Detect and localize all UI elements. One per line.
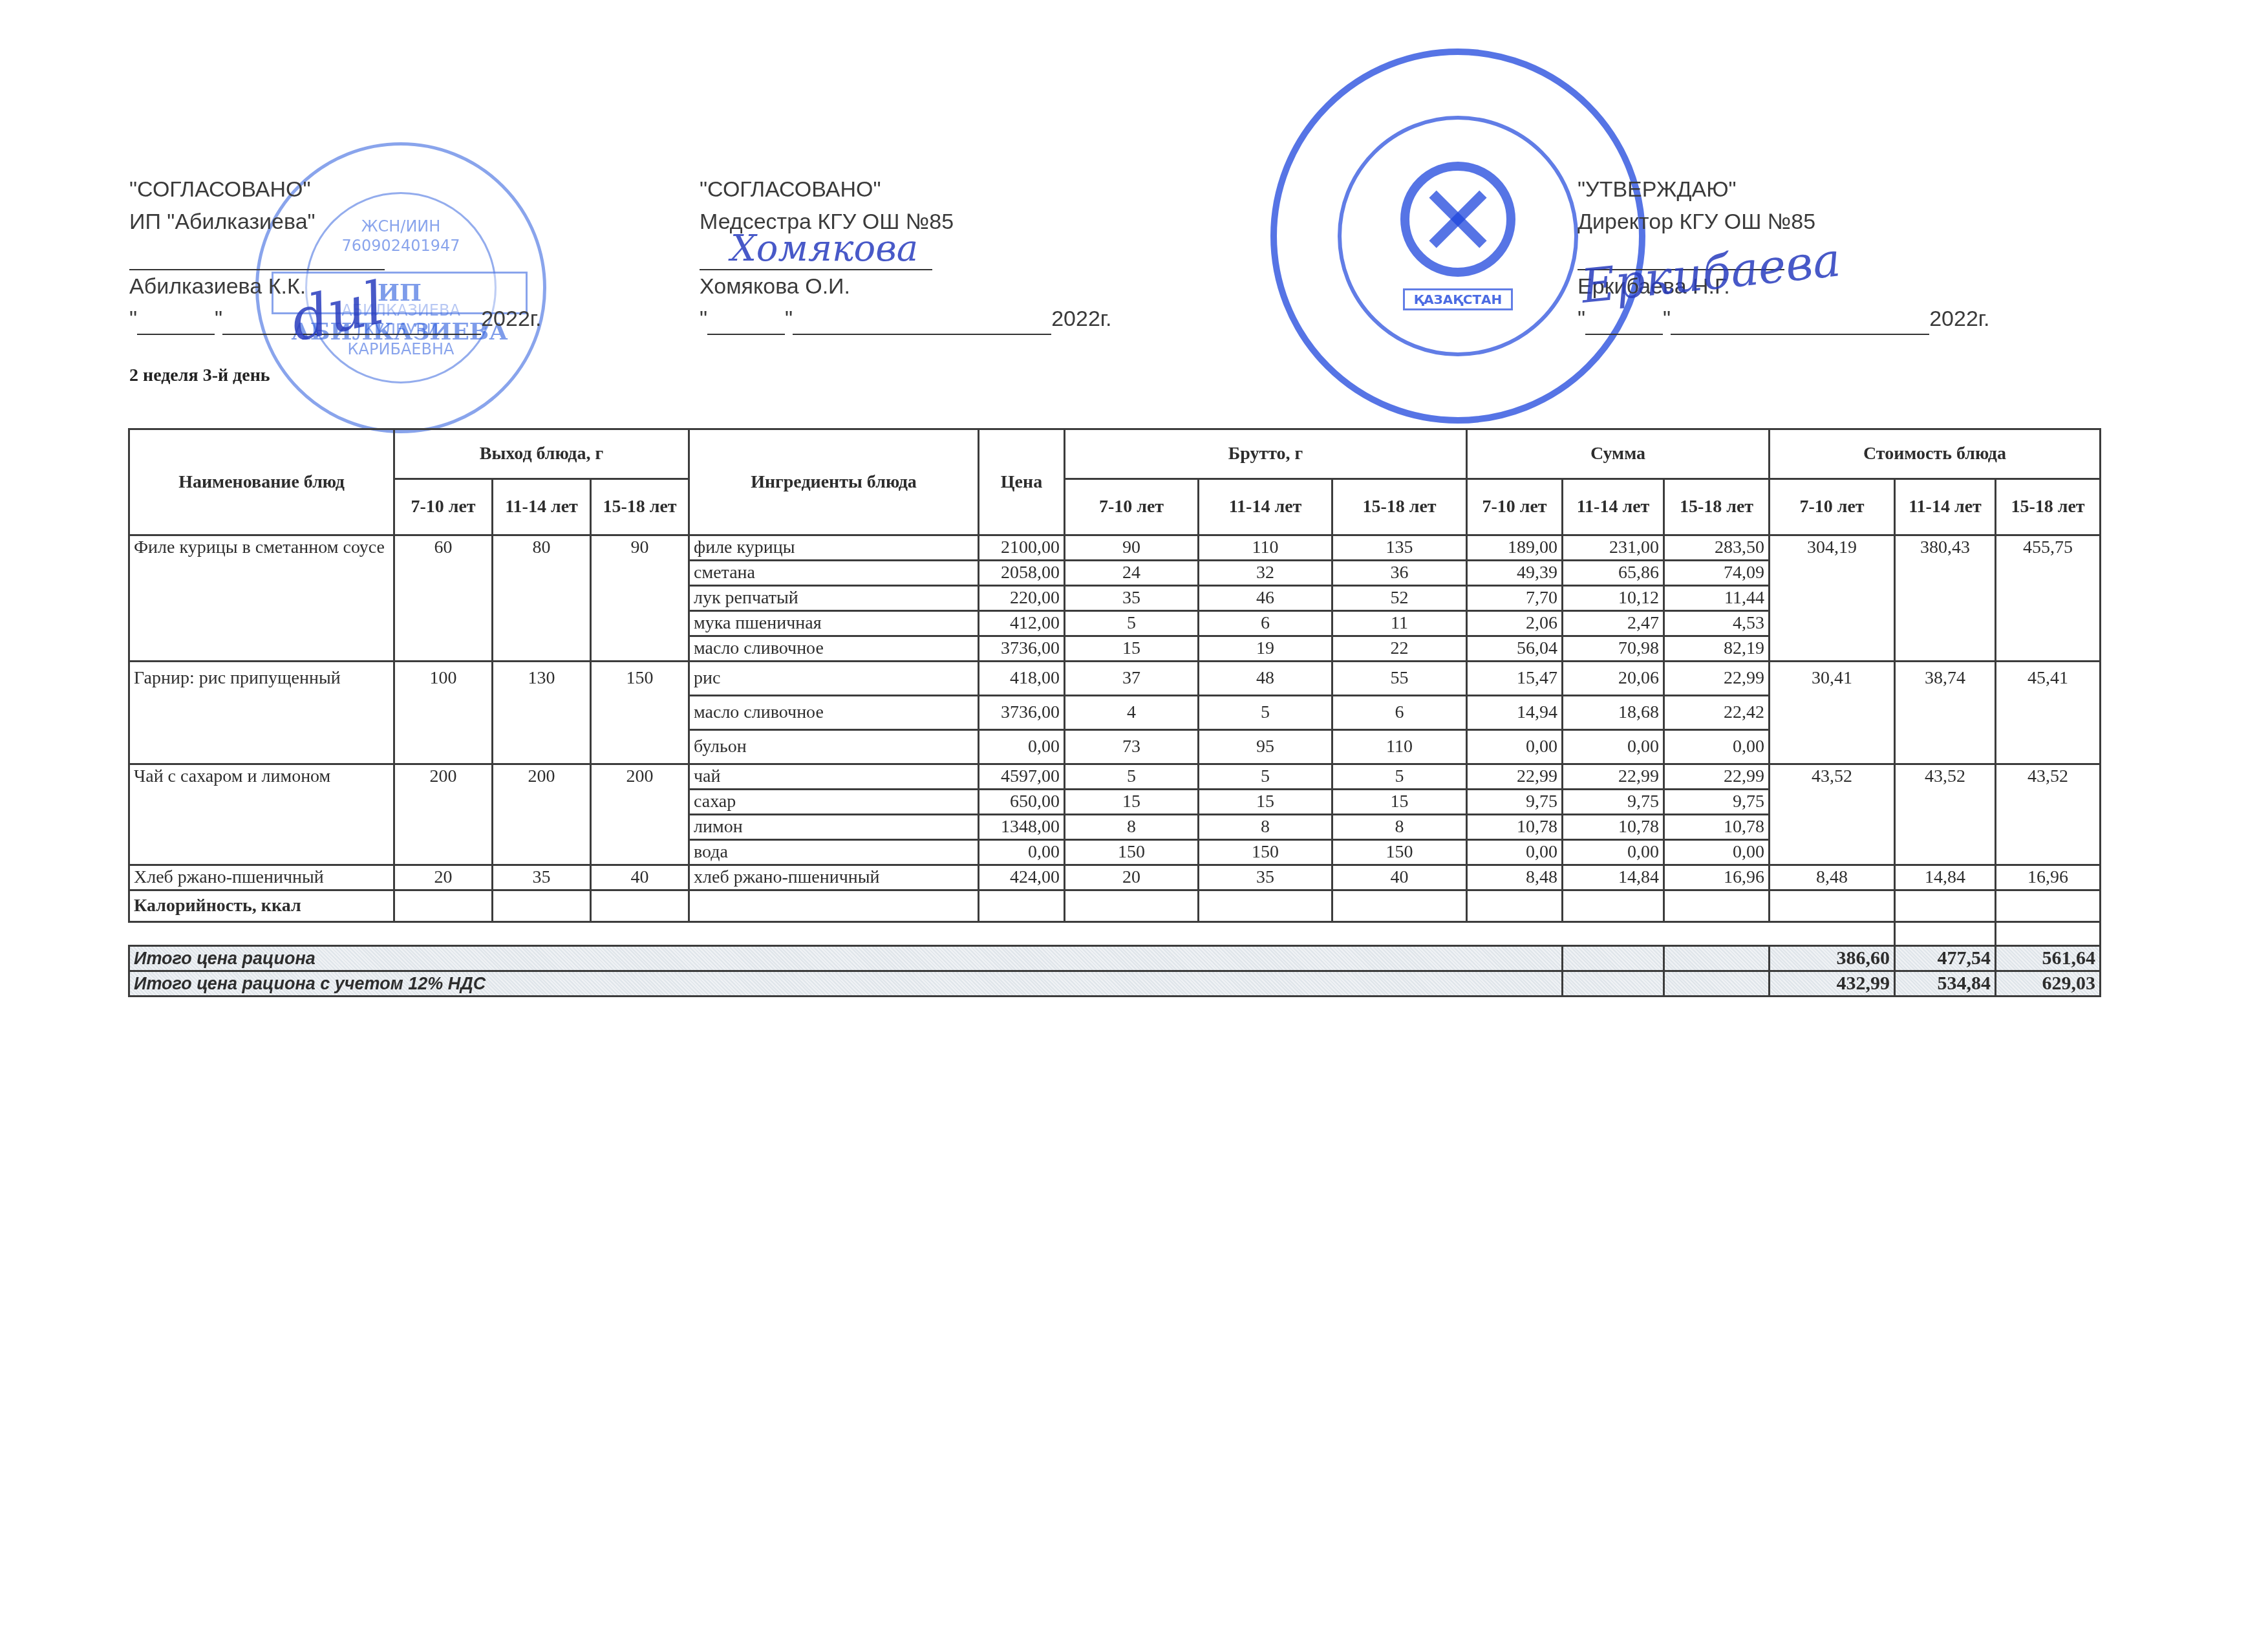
ingredient-name: филе курицы [689,535,979,561]
ingredient-name: масло сливочное [689,636,979,662]
ingredient-gross: 40 [1332,865,1467,890]
ingredient-sum: 22,99 [1467,764,1563,790]
spacer-row [129,922,2101,946]
ingredient-sum: 4,53 [1664,611,1770,636]
ingredient-gross: 15 [1065,636,1199,662]
total-empty [1563,971,1664,997]
ingredient-sum: 22,99 [1664,662,1770,696]
signature-nurse: Хомякова [731,228,918,270]
calories-cell [1065,890,1199,922]
ingredient-price: 220,00 [979,586,1065,611]
ingredient-gross: 4 [1065,696,1199,730]
ingredient-name: рис [689,662,979,696]
ingredient-gross: 5 [1065,764,1199,790]
ingredient-price: 0,00 [979,840,1065,865]
calories-cell [1770,890,1895,922]
total-row: Итого цена рациона386,60477,54561,64 [129,946,2101,971]
approval-date: ""2022г. [700,303,1112,335]
dish-name: Чай с сахаром и лимоном [129,764,394,865]
ingredient-sum: 22,99 [1664,764,1770,790]
ingredient-sum: 49,39 [1467,561,1563,586]
ingredient-sum: 18,68 [1563,696,1664,730]
school-seal-inner: ҚАЗАҚСТАН [1338,116,1578,356]
ingredient-sum: 231,00 [1563,535,1664,561]
ingredient-sum: 10,78 [1467,815,1563,840]
ingredient-name: сахар [689,790,979,815]
ingredient-sum: 65,86 [1563,561,1664,586]
ingredient-gross: 150 [1199,840,1332,865]
dish-cost: 14,84 [1895,865,1996,890]
header-sum-age-2: 15-18 лет [1664,479,1770,535]
ingredient-gross: 19 [1199,636,1332,662]
ingredient-gross: 8 [1065,815,1199,840]
header-cost-age-0: 7-10 лет [1770,479,1895,535]
approval-position: ИП "Абилказиева" [129,206,542,238]
total-label: Итого цена рациона [129,946,1563,971]
header-gross: Брутто, г [1065,429,1467,479]
ingredient-sum: 20,06 [1563,662,1664,696]
ingredient-price: 3736,00 [979,636,1065,662]
total-value: 561,64 [1996,946,2101,971]
total-value: 386,60 [1770,946,1895,971]
ingredient-price: 412,00 [979,611,1065,636]
dish-yield: 40 [591,865,689,890]
ingredient-gross: 150 [1065,840,1199,865]
ingredient-price: 4597,00 [979,764,1065,790]
ingredient-gross: 15 [1332,790,1467,815]
total-value: 477,54 [1895,946,1996,971]
dish-cost: 304,19 [1770,535,1895,662]
calories-row: Калорийность, ккал [129,890,2101,922]
ingredient-sum: 2,06 [1467,611,1563,636]
header-yield-age-1: 11-14 лет [493,479,591,535]
dish-cost: 16,96 [1996,865,2101,890]
calories-cell [979,890,1065,922]
ingredient-gross: 5 [1332,764,1467,790]
ingredient-price: 3736,00 [979,696,1065,730]
ingredient-gross: 95 [1199,730,1332,764]
total-label: Итого цена рациона с учетом 12% НДС [129,971,1563,997]
ingredient-sum: 0,00 [1467,840,1563,865]
total-empty [1664,946,1770,971]
table-row: Хлеб ржано-пшеничный203540хлеб ржано-пше… [129,865,2101,890]
ingredient-gross: 35 [1065,586,1199,611]
ingredient-sum: 0,00 [1467,730,1563,764]
dish-yield: 35 [493,865,591,890]
header-sum: Сумма [1467,429,1770,479]
dish-cost: 380,43 [1895,535,1996,662]
ingredient-gross: 32 [1199,561,1332,586]
ingredient-gross: 11 [1332,611,1467,636]
ingredient-gross: 15 [1199,790,1332,815]
ingredient-name: лук репчатый [689,586,979,611]
dish-yield: 80 [493,535,591,662]
header-yield-age-2: 15-18 лет [591,479,689,535]
calories-cell [1996,890,2101,922]
dish-name: Гарнир: рис припущенный [129,662,394,764]
ingredient-sum: 10,78 [1563,815,1664,840]
ingredient-gross: 36 [1332,561,1467,586]
table-row: Чай с сахаром и лимоном200200200чай4597,… [129,764,2101,790]
ingredient-name: сметана [689,561,979,586]
header-sum-age-0: 7-10 лет [1467,479,1563,535]
calories-cell [689,890,979,922]
calories-cell [493,890,591,922]
total-empty [1664,971,1770,997]
calories-cell [1895,890,1996,922]
header-gross-age-0: 7-10 лет [1065,479,1199,535]
ingredient-gross: 55 [1332,662,1467,696]
ingredient-gross: 8 [1332,815,1467,840]
header-age-groups: 7-10 лет11-14 лет15-18 лет7-10 лет11-14 … [129,479,2101,535]
dish-cost: 45,41 [1996,662,2101,764]
dish-name: Филе курицы в сметанном соусе [129,535,394,662]
dish-yield: 100 [394,662,493,764]
approval-position: Директор КГУ ОШ №85 [1578,206,1990,238]
ingredient-sum: 9,75 [1664,790,1770,815]
calories-cell [1563,890,1664,922]
ingredient-sum: 74,09 [1664,561,1770,586]
ingredient-price: 2100,00 [979,535,1065,561]
total-value: 629,03 [1996,971,2101,997]
dish-cost: 30,41 [1770,662,1895,764]
ingredient-gross: 90 [1065,535,1199,561]
ingredient-gross: 5 [1065,611,1199,636]
header-price: Цена [979,429,1065,535]
ingredient-sum: 7,70 [1467,586,1563,611]
approval-heading: "СОГЛАСОВАНО" [700,173,1112,206]
dish-yield: 90 [591,535,689,662]
ingredient-gross: 110 [1199,535,1332,561]
total-row: Итого цена рациона с учетом 12% НДС432,9… [129,971,2101,997]
ingredient-price: 650,00 [979,790,1065,815]
dish-yield: 200 [493,764,591,865]
total-value: 534,84 [1895,971,1996,997]
ingredient-sum: 56,04 [1467,636,1563,662]
ingredient-name: масло сливочное [689,696,979,730]
ingredient-price: 2058,00 [979,561,1065,586]
ingredient-gross: 52 [1332,586,1467,611]
ingredient-sum: 16,96 [1664,865,1770,890]
calories-cell [1332,890,1467,922]
ingredient-sum: 189,00 [1467,535,1563,561]
approval-heading: "УТВЕРЖДАЮ" [1578,173,1990,206]
ingredient-sum: 0,00 [1563,840,1664,865]
calories-cell [1467,890,1563,922]
ingredient-sum: 14,94 [1467,696,1563,730]
menu-table-body: Филе курицы в сметанном соусе608090филе … [129,535,2101,997]
dish-cost: 455,75 [1996,535,2101,662]
header-dish-name: Наименование блюд [129,429,394,535]
ingredient-gross: 8 [1199,815,1332,840]
dish-yield: 200 [394,764,493,865]
ingredient-sum: 0,00 [1563,730,1664,764]
spacer-cell [129,922,1895,946]
ingredient-name: чай [689,764,979,790]
state-emblem-icon [1400,162,1515,277]
signature-line [129,238,542,270]
calories-cell [1664,890,1770,922]
header-ingredients: Ингредиенты блюда [689,429,979,535]
ingredient-price: 424,00 [979,865,1065,890]
approval-heading: "СОГЛАСОВАНО" [129,173,542,206]
ingredient-sum: 0,00 [1664,840,1770,865]
header-sum-age-1: 11-14 лет [1563,479,1664,535]
ingredient-gross: 135 [1332,535,1467,561]
ingredient-price: 1348,00 [979,815,1065,840]
ingredient-name: хлеб ржано-пшеничный [689,865,979,890]
spacer-cell [1996,922,2101,946]
ingredient-gross: 24 [1065,561,1199,586]
ingredient-sum: 22,42 [1664,696,1770,730]
dish-cost: 38,74 [1895,662,1996,764]
dish-yield: 60 [394,535,493,662]
ingredient-gross: 6 [1199,611,1332,636]
ingredient-price: 0,00 [979,730,1065,764]
ingredient-sum: 283,50 [1664,535,1770,561]
ingredient-name: вода [689,840,979,865]
dish-cost: 43,52 [1895,764,1996,865]
dish-yield: 130 [493,662,591,764]
ingredient-sum: 14,84 [1563,865,1664,890]
ingredient-sum: 82,19 [1664,636,1770,662]
calories-cell [1199,890,1332,922]
menu-table: Наименование блюд Выход блюда, г Ингреди… [128,428,2101,997]
week-day-label: 2 неделя 3-й день [129,365,270,386]
header-yield-age-0: 7-10 лет [394,479,493,535]
ingredient-name: мука пшеничная [689,611,979,636]
ingredient-gross: 37 [1065,662,1199,696]
ingredient-sum: 0,00 [1664,730,1770,764]
header-gross-age-1: 11-14 лет [1199,479,1332,535]
header-gross-age-2: 15-18 лет [1332,479,1467,535]
spacer-cell [1895,922,1996,946]
dish-yield: 200 [591,764,689,865]
ingredient-gross: 22 [1332,636,1467,662]
header-dish-cost: Стоимость блюда [1770,429,2101,479]
ingredient-sum: 10,12 [1563,586,1664,611]
dish-cost: 43,52 [1770,764,1895,865]
dish-name: Хлеб ржано-пшеничный [129,865,394,890]
ingredient-sum: 10,78 [1664,815,1770,840]
calories-label: Калорийность, ккал [129,890,394,922]
total-empty [1563,946,1664,971]
ingredient-sum: 70,98 [1563,636,1664,662]
total-value: 432,99 [1770,971,1895,997]
ingredient-gross: 15 [1065,790,1199,815]
ingredient-sum: 9,75 [1563,790,1664,815]
ingredient-gross: 48 [1199,662,1332,696]
dish-cost: 43,52 [1996,764,2101,865]
dish-cost: 8,48 [1770,865,1895,890]
table-row: Филе курицы в сметанном соусе608090филе … [129,535,2101,561]
school-seal-caption: ҚАЗАҚСТАН [1403,288,1514,310]
header-yield: Выход блюда, г [394,429,689,479]
header-cost-age-2: 15-18 лет [1996,479,2101,535]
ingredient-gross: 35 [1199,865,1332,890]
approval-name: Хомякова О.И. [700,270,1112,303]
ingredient-sum: 11,44 [1664,586,1770,611]
ingredient-name: бульон [689,730,979,764]
ingredient-sum: 9,75 [1467,790,1563,815]
calories-cell [591,890,689,922]
ingredient-gross: 5 [1199,764,1332,790]
calories-cell [394,890,493,922]
dish-yield: 150 [591,662,689,764]
ingredient-gross: 6 [1332,696,1467,730]
ingredient-gross: 46 [1199,586,1332,611]
ingredient-sum: 2,47 [1563,611,1664,636]
ingredient-sum: 15,47 [1467,662,1563,696]
ingredient-name: лимон [689,815,979,840]
ingredient-gross: 110 [1332,730,1467,764]
header-cost-age-1: 11-14 лет [1895,479,1996,535]
ingredient-sum: 22,99 [1563,764,1664,790]
ingredient-sum: 8,48 [1467,865,1563,890]
ingredient-price: 418,00 [979,662,1065,696]
dish-yield: 20 [394,865,493,890]
ingredient-gross: 20 [1065,865,1199,890]
table-row: Гарнир: рис припущенный100130150рис418,0… [129,662,2101,696]
ingredient-gross: 73 [1065,730,1199,764]
ingredient-gross: 150 [1332,840,1467,865]
ingredient-gross: 5 [1199,696,1332,730]
